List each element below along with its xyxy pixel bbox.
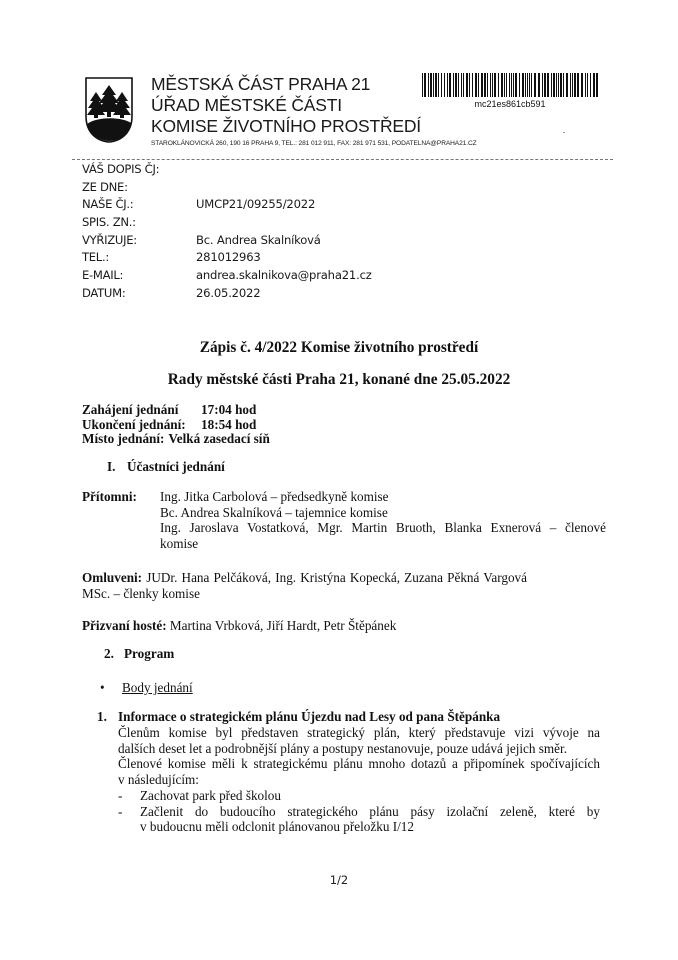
agenda-item-body: Členům komise byl představen strategický… <box>118 725 600 787</box>
attendee-line: Bc. Andrea Skalníková – tajemnice komise <box>160 505 606 521</box>
document-subtitle: Rady městské části Praha 21, konané dne … <box>0 371 678 389</box>
meeting-end: Ukončení jednání:18:54 hod <box>82 418 270 433</box>
list-item: - Začlenit do budoucího strategického pl… <box>118 804 600 835</box>
page-number: 1/2 <box>0 873 678 887</box>
section-participants-heading: I.Účastníci jednání <box>107 459 225 475</box>
ref-row-date: DATUM:26.05.2022 <box>82 285 372 303</box>
ref-row-file-mark: SPIS. ZN.: <box>82 214 372 232</box>
bullet-icon: • <box>100 680 122 696</box>
reference-table: VÁŠ DOPIS ČJ: ZE DNE: NAŠE ČJ.:UMCP21/09… <box>82 161 372 303</box>
ref-row-handled-by: VYŘIZUJE:Bc. Andrea Skalníková <box>82 232 372 250</box>
barcode-icon <box>422 73 598 97</box>
agenda-item-heading: 1.Informace o strategickém plánu Újezdu … <box>97 709 500 725</box>
present-attendees: Přítomni: Ing. Jitka Carbolová – předsed… <box>82 489 610 551</box>
section-program-heading: 2.Program <box>104 646 174 662</box>
meeting-start: Zahájení jednání17:04 hod <box>82 403 270 418</box>
org-address: STAROKLÁNOVICKÁ 260, 190 16 PRAHA 9, TEL… <box>151 139 477 149</box>
barcode-text: mc21es861cb591 <box>422 99 598 109</box>
excused-attendees: Omluveni: JUDr. Hana Pelčáková, Ing. Kri… <box>82 570 527 601</box>
meeting-place: Místo jednání:Velká zasedací síň <box>82 432 270 447</box>
ref-row-date-of: ZE DNE: <box>82 179 372 197</box>
document-title: Zápis č. 4/2022 Komise životního prostře… <box>0 339 678 357</box>
ref-row-our-ref: NAŠE ČJ.:UMCP21/09255/2022 <box>82 196 372 214</box>
attendee-line: Ing. Jitka Carbolová – předsedkyně komis… <box>160 489 606 505</box>
attendee-line: Ing. Jaroslava Vostatková, Mgr. Martin B… <box>160 520 606 536</box>
attendee-line: komise <box>160 536 606 552</box>
agenda-item-points: - Zachovat park před školou - Začlenit d… <box>118 788 600 835</box>
scan-speck <box>563 132 565 133</box>
ref-row-email: E-MAIL:andrea.skalnikova@praha21.cz <box>82 267 372 285</box>
invited-guests: Přizvaní hosté: Martina Vrbková, Jiří Ha… <box>82 618 602 634</box>
document-page: MĚSTSKÁ ČÁST PRAHA 21 ÚŘAD MĚSTSKÉ ČÁSTI… <box>0 0 678 960</box>
coat-of-arms-trees-icon <box>84 76 134 144</box>
ref-row-your-letter: VÁŠ DOPIS ČJ: <box>82 161 372 179</box>
header-divider <box>72 159 613 160</box>
list-item: - Zachovat park před školou <box>118 788 600 804</box>
meeting-details: Zahájení jednání17:04 hod Ukončení jedná… <box>82 403 270 447</box>
org-committee-line: KOMISE ŽIVOTNÍHO PROSTŘEDÍ <box>151 116 477 137</box>
agenda-bullet: •Body jednání <box>100 680 193 696</box>
ref-row-phone: TEL.:281012963 <box>82 249 372 267</box>
